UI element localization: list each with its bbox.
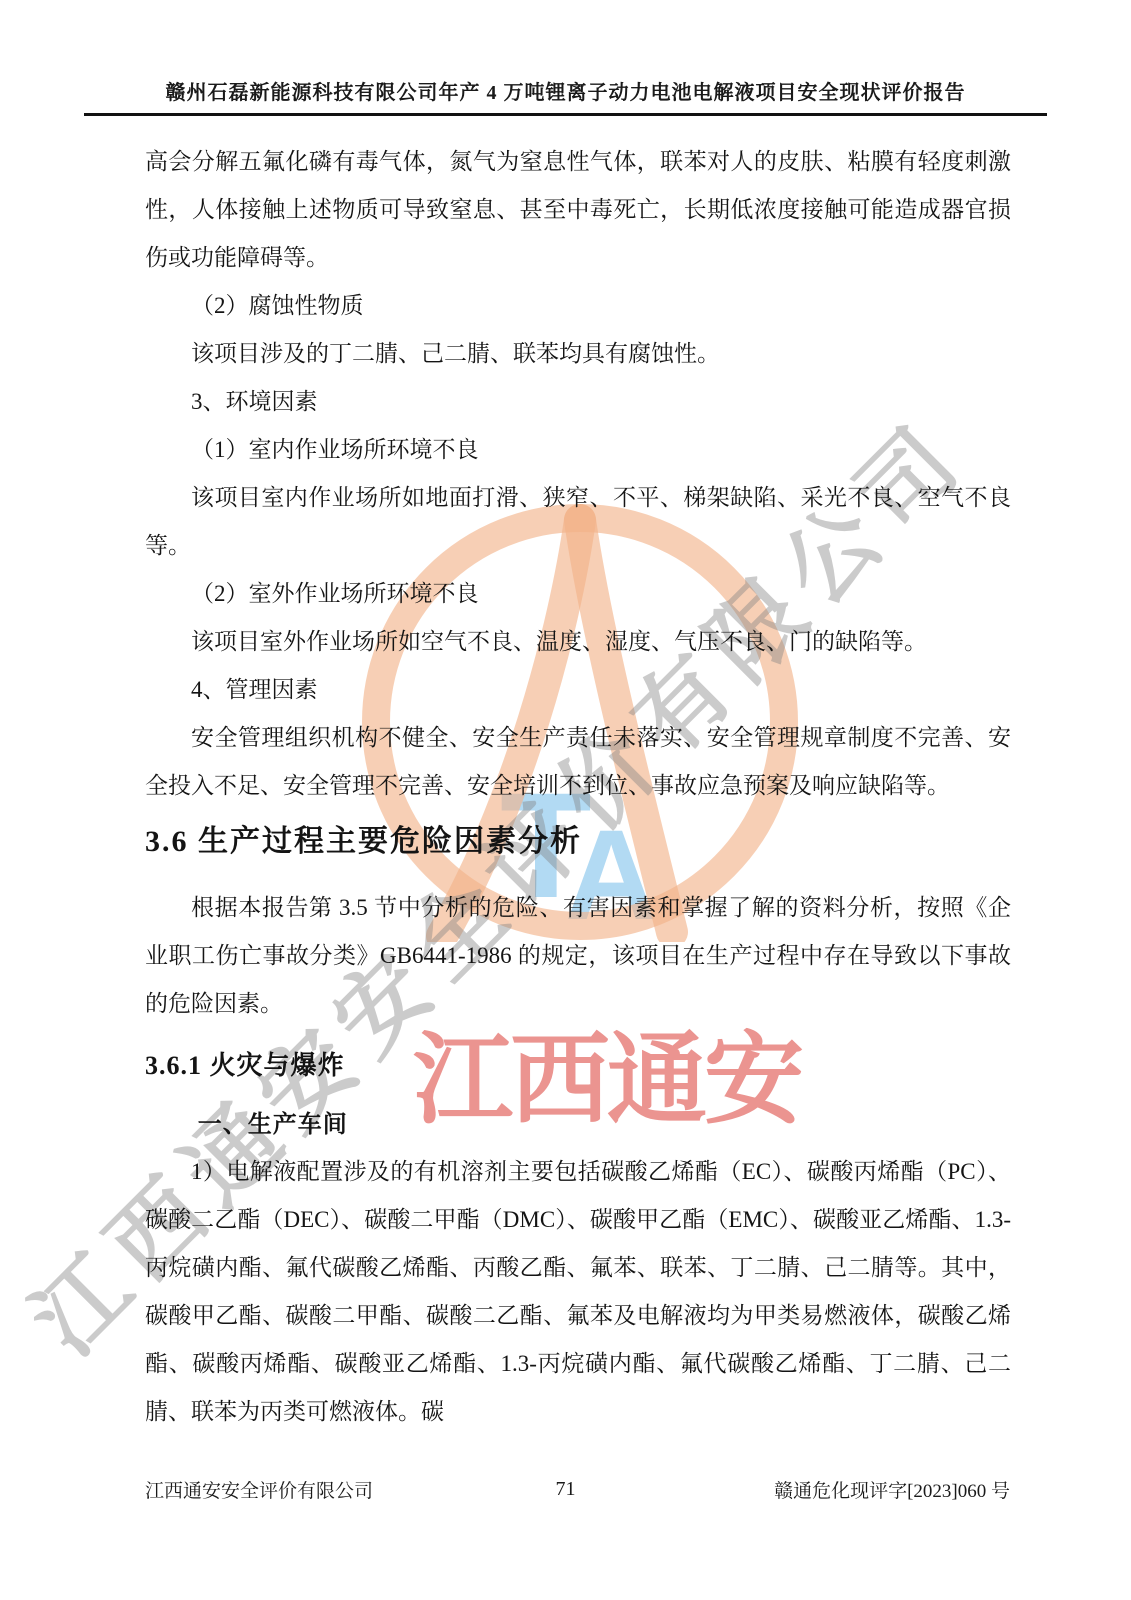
section-heading: 一、生产车间 — [145, 1102, 1011, 1148]
paragraph: 4、管理因素 — [145, 666, 1011, 714]
header-divider — [84, 113, 1047, 116]
document-page: T A 江西通安安全评价有限公司 江西通安 赣州石磊新能源科技有限公司年产 4 … — [0, 0, 1131, 1600]
paragraph: （2）腐蚀性物质 — [145, 282, 1011, 330]
page-header-title: 赣州石磊新能源科技有限公司年产 4 万吨锂离子动力电池电解液项目安全现状评价报告 — [0, 76, 1131, 105]
paragraph: 安全管理组织机构不健全、安全生产责任未落实、安全管理规章制度不完善、安全投入不足… — [145, 714, 1011, 810]
section-heading: 3.6.1 火灾与爆炸 — [145, 1046, 1011, 1086]
paragraph: 1）电解液配置涉及的有机溶剂主要包括碳酸乙烯酯（EC）、碳酸丙烯酯（PC）、碳酸… — [145, 1148, 1011, 1436]
paragraph: 根据本报告第 3.5 节中分析的危险、有害因素和掌握了解的资料分析，按照《企业职… — [145, 884, 1011, 1028]
footer-doc-number: 赣通危化现评字[2023]060 号 — [774, 1476, 1010, 1503]
section-heading: 3.6 生产过程主要危险因素分析 — [145, 820, 1011, 864]
paragraph: 该项目涉及的丁二腈、己二腈、联苯均具有腐蚀性。 — [145, 330, 1011, 378]
paragraph: （2）室外作业场所环境不良 — [145, 570, 1011, 618]
paragraph: 该项目室内作业场所如地面打滑、狭窄、不平、梯架缺陷、采光不良、空气不良等。 — [145, 474, 1011, 570]
document-body: 高会分解五氟化磷有毒气体，氮气为窒息性气体，联苯对人的皮肤、粘膜有轻度刺激性，人… — [145, 138, 1011, 1436]
paragraph: 3、环境因素 — [145, 378, 1011, 426]
paragraph: （1）室内作业场所环境不良 — [145, 426, 1011, 474]
paragraph: 高会分解五氟化磷有毒气体，氮气为窒息性气体，联苯对人的皮肤、粘膜有轻度刺激性，人… — [145, 138, 1011, 282]
paragraph: 该项目室外作业场所如空气不良、温度、湿度、气压不良、门的缺陷等。 — [145, 618, 1011, 666]
